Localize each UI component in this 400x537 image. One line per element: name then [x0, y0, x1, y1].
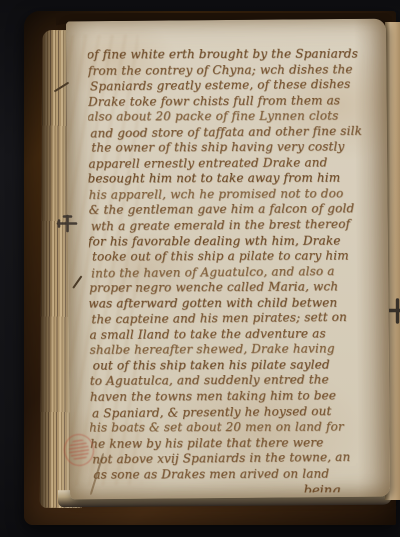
manuscript-line: tooke out of this ship a pilate to cary … [92, 248, 382, 265]
manuscript-line: a small Iland to take the adventure as [89, 326, 381, 343]
manuscript-line: his boats & set about 20 men on land for [89, 420, 381, 437]
manuscript-line: out of this ship taken his pilate sayled [93, 357, 383, 374]
manuscript-line: for his favorable dealing wth him, Drake [88, 233, 380, 250]
manuscript-line: to Aguatulca, and suddenly entred the [90, 373, 382, 390]
manuscript-line: proper negro wenche called Maria, wch [89, 279, 381, 296]
catchword: being [90, 483, 382, 493]
facing-page-cross-icon [389, 297, 400, 325]
manuscript-line: of fine white erth brought by the Spania… [88, 46, 379, 63]
manuscript-line: shalbe hereafter shewed, Drake having [90, 341, 382, 358]
manuscript-line: not above xvij Spaniards in the towne, a… [92, 450, 382, 468]
manuscript-line: his apparell, wch he promised not to doo [89, 186, 381, 203]
manuscript-line: as sone as Drakes men arived on land [93, 466, 382, 483]
manuscript-line: wth a greate emerald in the brest thereo… [91, 217, 383, 235]
manuscript-line: the owner of this ship having very costl… [91, 140, 382, 157]
manuscript-photo: of fine white erth brought by the Spania… [0, 0, 400, 537]
red-library-stamp-icon [61, 429, 98, 471]
marginal-cross-icon [55, 213, 78, 234]
manuscript-line: besought him not to take away from him [88, 171, 380, 188]
handwritten-text-block: of fine white erth brought by the Spania… [88, 46, 383, 494]
manuscript-line: haven the towns men taking him to bee [90, 388, 382, 405]
manuscript-line: Drake toke fowr chists full from them as [88, 93, 380, 110]
manuscript-line: also about 20 packe of fine Lynnen clots [88, 109, 379, 126]
manuscript-page: of fine white erth brought by the Spania… [66, 19, 390, 500]
